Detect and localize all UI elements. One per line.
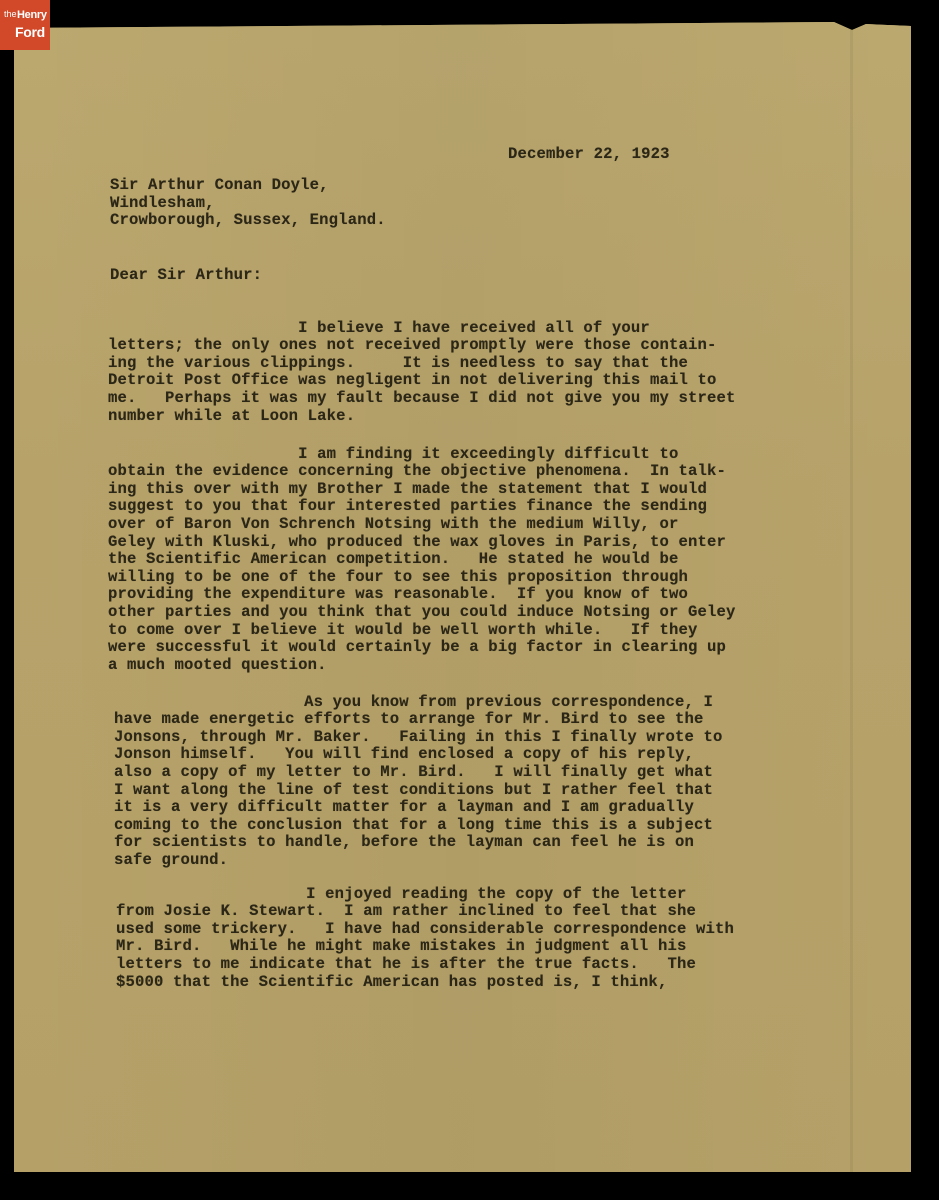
- paragraph-line: I enjoyed reading the copy of the letter: [116, 886, 734, 904]
- paragraph-line: suggest to you that four interested part…: [108, 498, 736, 516]
- recipient-address: Sir Arthur Conan Doyle,Windlesham,Crowbo…: [110, 177, 386, 230]
- paragraph-line: providing the expenditure was reasonable…: [108, 586, 736, 604]
- paragraph-line: Jonson himself. You will find enclosed a…: [114, 746, 723, 764]
- paragraph-line: letters; the only ones not received prom…: [108, 337, 736, 355]
- paragraph-line: have made energetic efforts to arrange f…: [114, 711, 723, 729]
- logo-the: the: [4, 10, 17, 19]
- recipient-town: Crowborough, Sussex, England.: [110, 212, 386, 230]
- letter-date: December 22, 1923: [508, 146, 670, 164]
- paragraph-line: I believe I have received all of your: [108, 320, 736, 338]
- paragraph-line: $5000 that the Scientific American has p…: [116, 974, 734, 992]
- paragraph-line: used some trickery. I have had considera…: [116, 921, 734, 939]
- logo-henry: Henry: [17, 10, 47, 21]
- paper-fold-line: [850, 22, 853, 1172]
- paragraph-line: also a copy of my letter to Mr. Bird. I …: [114, 764, 723, 782]
- paragraph-2: I am finding it exceedingly difficult to…: [108, 428, 736, 692]
- paragraph-line: to come over I believe it would be well …: [108, 622, 736, 640]
- paragraph-line: willing to be one of the four to see thi…: [108, 569, 736, 587]
- henry-ford-logo: the Henry Ford: [0, 0, 50, 50]
- paragraph-line: a much mooted question.: [108, 657, 736, 675]
- paragraph-line: for scientists to handle, before the lay…: [114, 834, 723, 852]
- paragraph-1: I believe I have received all of yourlet…: [108, 302, 736, 443]
- paragraph-3: As you know from previous correspondence…: [114, 676, 723, 887]
- paragraph-line: Geley with Kluski, who produced the wax …: [108, 534, 736, 552]
- paragraph-4: I enjoyed reading the copy of the letter…: [116, 868, 734, 1009]
- paragraph-line: ing this over with my Brother I made the…: [108, 481, 736, 499]
- paragraph-line: Detroit Post Office was negligent in not…: [108, 372, 736, 390]
- paragraph-line: number while at Loon Lake.: [108, 408, 736, 426]
- paragraph-line: safe ground.: [114, 852, 723, 870]
- paragraph-line: obtain the evidence concerning the objec…: [108, 463, 736, 481]
- paragraph-line: ing the various clippings. It is needles…: [108, 355, 736, 373]
- paragraph-line: I am finding it exceedingly difficult to: [108, 446, 736, 464]
- paragraph-line: from Josie K. Stewart. I am rather incli…: [116, 903, 734, 921]
- recipient-name: Sir Arthur Conan Doyle,: [110, 177, 386, 195]
- paragraph-line: the Scientific American competition. He …: [108, 551, 736, 569]
- paragraph-line: other parties and you think that you cou…: [108, 604, 736, 622]
- paragraph-line: were successful it would certainly be a …: [108, 639, 736, 657]
- paragraph-line: it is a very difficult matter for a laym…: [114, 799, 723, 817]
- paragraph-line: coming to the conclusion that for a long…: [114, 817, 723, 835]
- paragraph-line: me. Perhaps it was my fault because I di…: [108, 390, 736, 408]
- paragraph-line: letters to me indicate that he is after …: [116, 956, 734, 974]
- paragraph-line: As you know from previous correspondence…: [114, 694, 723, 712]
- paragraph-line: I want along the line of test conditions…: [114, 782, 723, 800]
- paragraph-line: Mr. Bird. While he might make mistakes i…: [116, 938, 734, 956]
- salutation: Dear Sir Arthur:: [110, 267, 262, 285]
- paragraph-line: Jonsons, through Mr. Baker. Failing in t…: [114, 729, 723, 747]
- paragraph-line: over of Baron Von Schrench Notsing with …: [108, 516, 736, 534]
- recipient-house: Windlesham,: [110, 195, 386, 213]
- logo-ford: Ford: [15, 25, 45, 39]
